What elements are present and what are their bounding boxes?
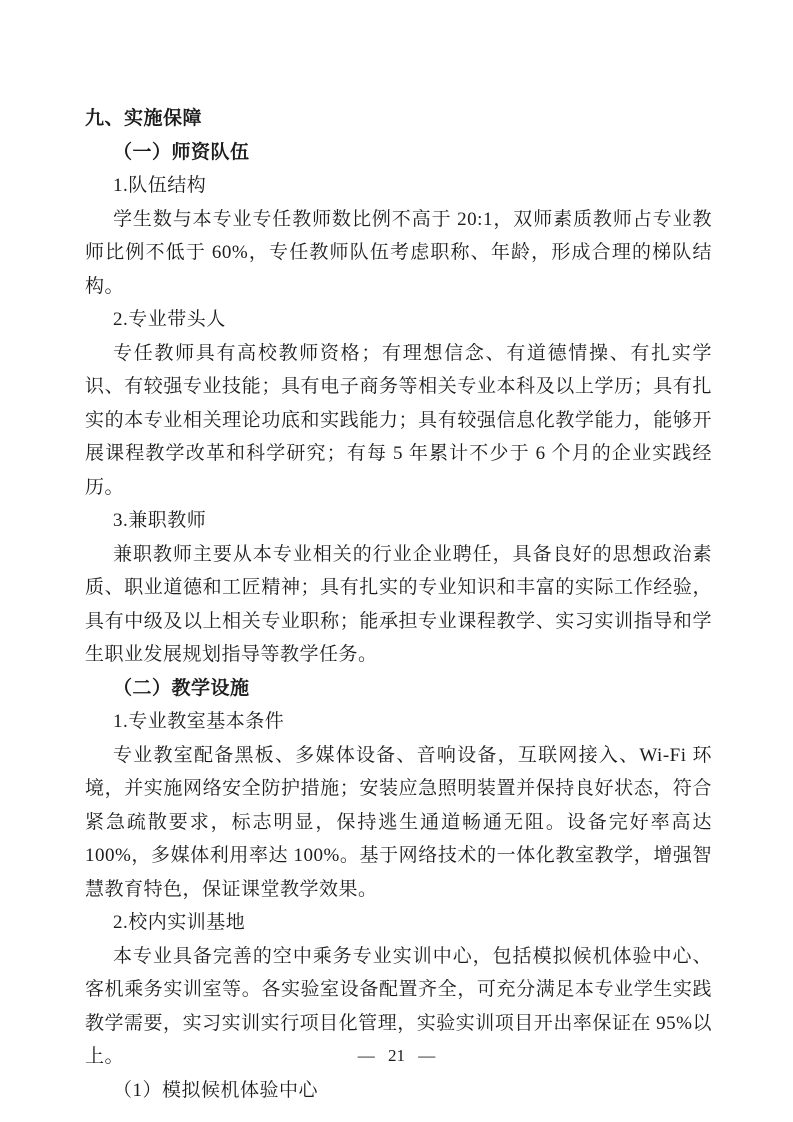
item-heading-2-3: （1）模拟候机体验中心 [85,1074,712,1108]
body-paragraph-3: 兼职教师主要从本专业相关的行业企业聘任，具备良好的思想政治素质、职业道德和工匠精… [85,538,712,672]
item-heading-2-2: 2.校内实训基地 [85,906,712,940]
section-heading: 九、实施保障 [85,102,712,136]
item-heading-1-3: 3.兼职教师 [85,504,712,538]
item-heading-1-2: 2.专业带头人 [85,303,712,337]
document-page: 九、实施保障 （一）师资队伍 1.队伍结构 学生数与本专业专任教师数比例不高于 … [0,0,793,1122]
item-heading-1-1: 1.队伍结构 [85,169,712,203]
subsection-heading-2: （二）教学设施 [85,672,712,706]
body-paragraph-4: 专业教室配备黑板、多媒体设备、音响设备，互联网接入、Wi-Fi 环境，并实施网络… [85,739,712,907]
body-paragraph-1: 学生数与本专业专任教师数比例不高于 20:1，双师素质教师占专业教师比例不低于 … [85,203,712,304]
subsection-heading-1: （一）师资队伍 [85,136,712,170]
item-heading-2-1: 1.专业教室基本条件 [85,705,712,739]
page-number: — 21 — [0,1041,793,1071]
body-paragraph-2: 专任教师具有高校教师资格；有理想信念、有道德情操、有扎实学识、有较强专业技能；具… [85,337,712,505]
document-body: 九、实施保障 （一）师资队伍 1.队伍结构 学生数与本专业专任教师数比例不高于 … [85,102,712,1107]
